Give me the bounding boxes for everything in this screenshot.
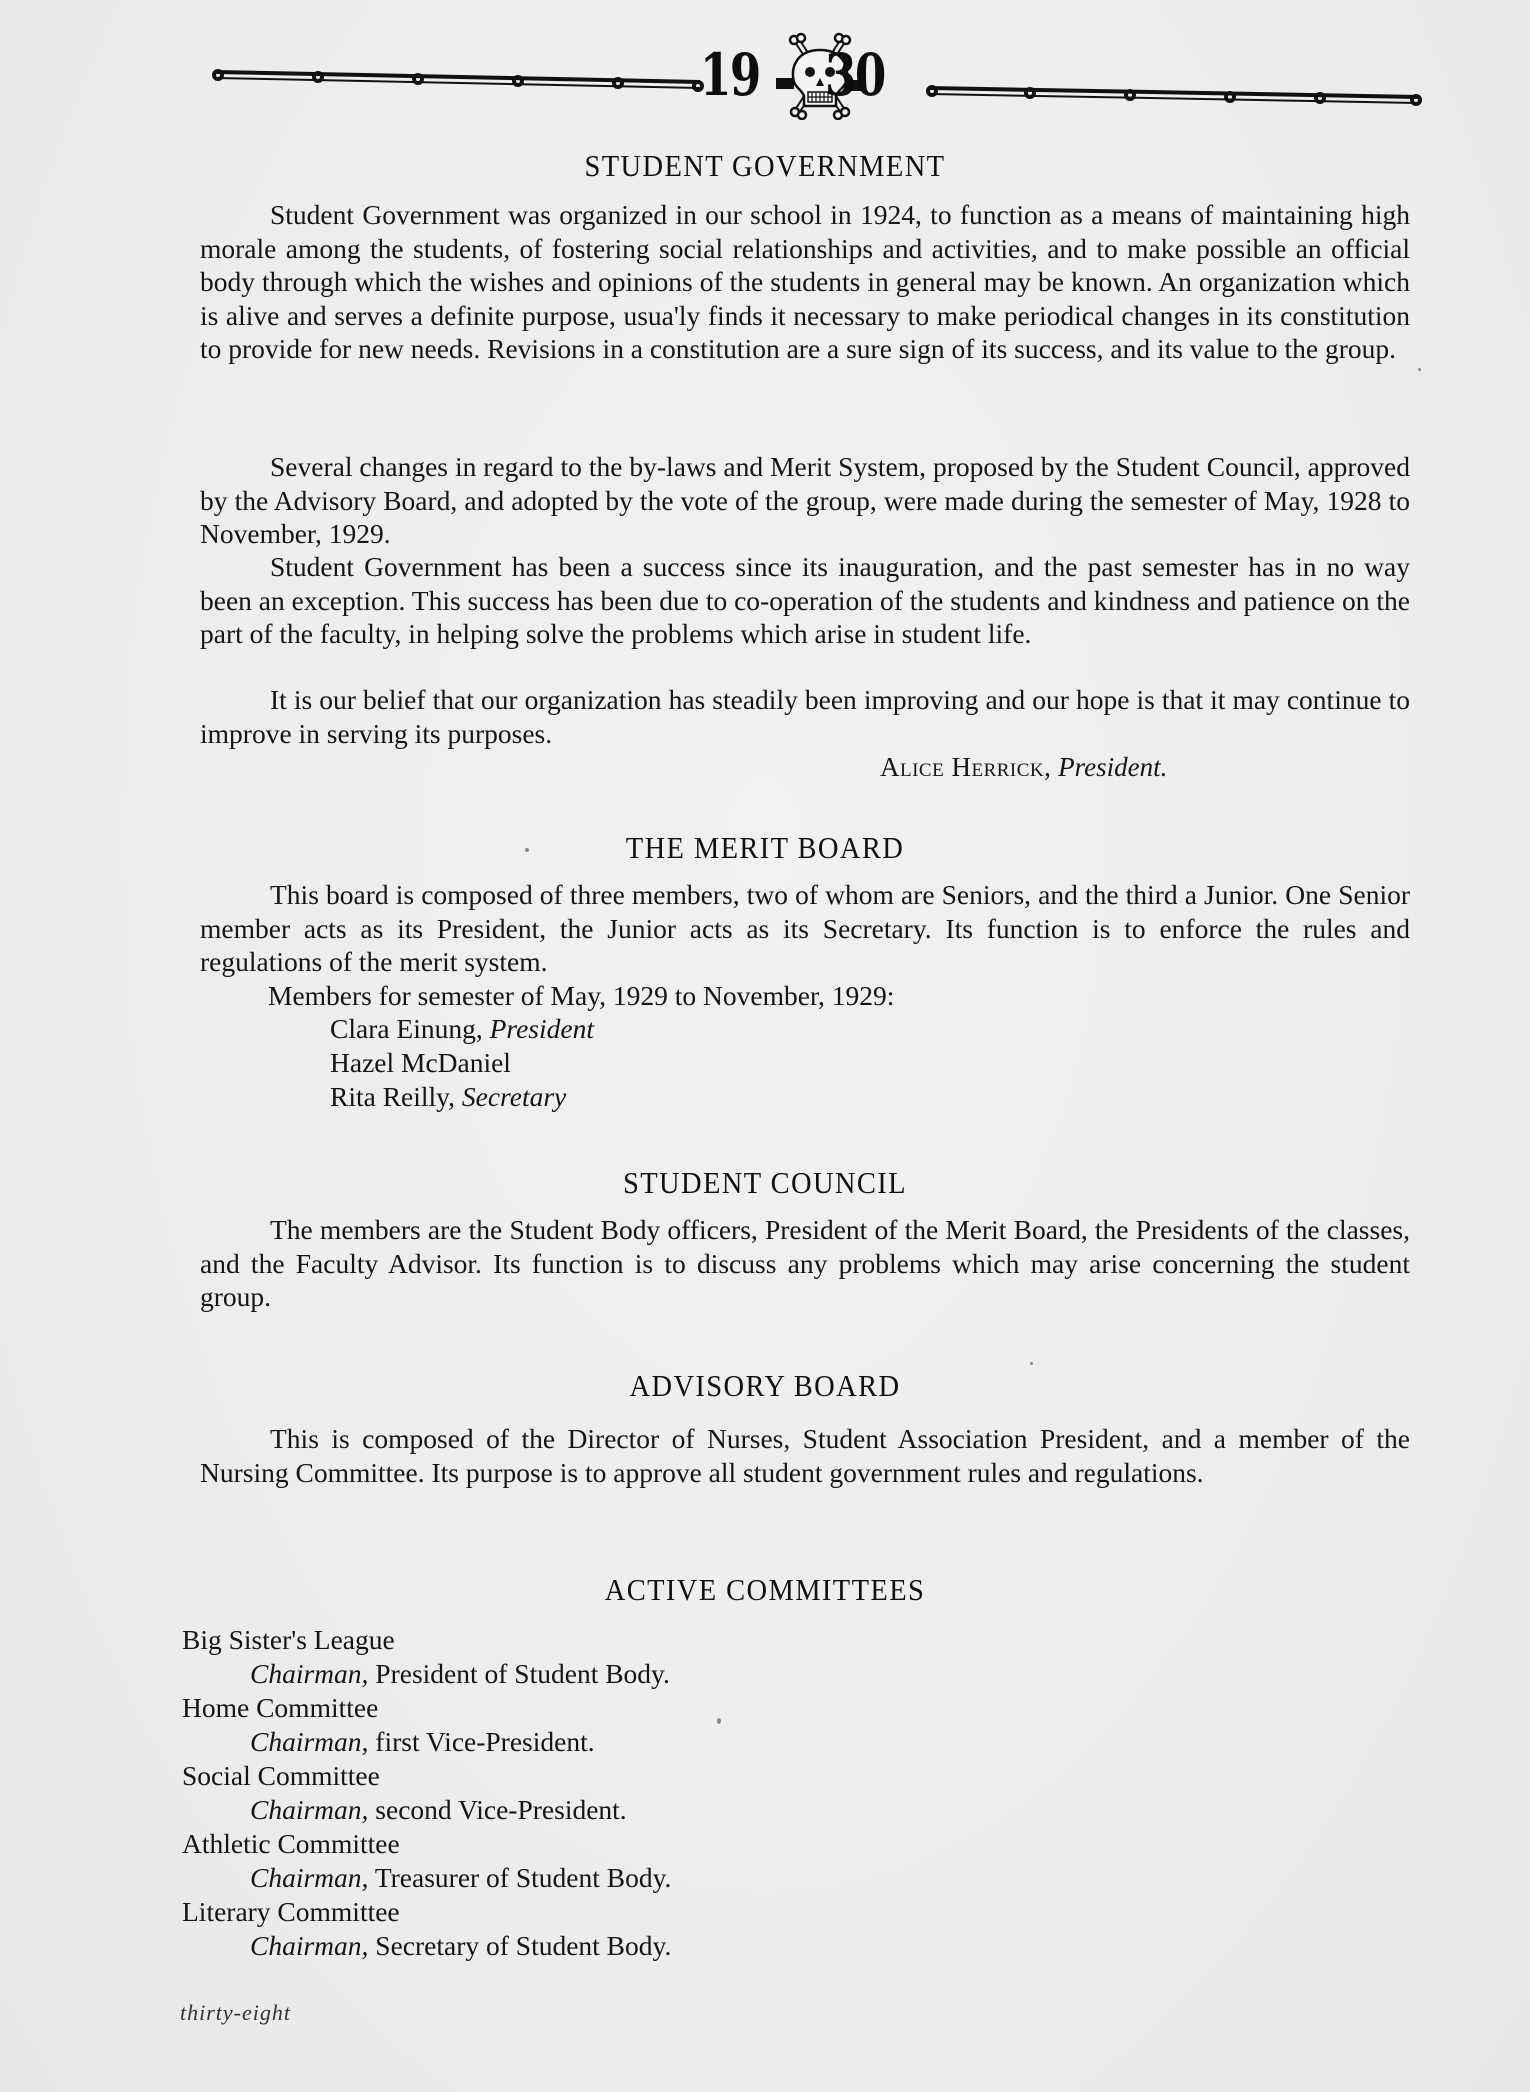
student-government-paragraph-4: It is our belief that our organization h… <box>200 683 1410 750</box>
committee-name: Athletic Committee <box>182 1828 400 1860</box>
merit-board-member: Hazel McDaniel <box>330 1047 511 1079</box>
year-left: 19 <box>700 46 760 104</box>
advisory-board-paragraph: This is composed of the Director of Nurs… <box>200 1422 1410 1489</box>
year-right: 30 <box>825 46 885 104</box>
committee-chair: Chairman, first Vice-President. <box>250 1726 595 1758</box>
heading-merit-board: THE MERIT BOARD <box>61 830 1469 866</box>
committee-chair: Chairman, Secretary of Student Body. <box>250 1930 671 1962</box>
merit-board-members-intro: Members for semester of May, 1929 to Nov… <box>268 980 894 1012</box>
merit-board-member: Clara Einung, President <box>330 1013 594 1045</box>
scan-speck <box>1030 1362 1033 1365</box>
signature-title: President. <box>1058 752 1167 782</box>
heading-student-council: STUDENT COUNCIL <box>61 1165 1469 1201</box>
student-government-paragraph-1: Student Government was organized in our … <box>200 198 1410 366</box>
student-council-paragraph: The members are the Student Body officer… <box>200 1213 1410 1314</box>
header-ornament: 19 30 <box>210 30 1430 120</box>
committee-name: Social Committee <box>182 1760 380 1792</box>
merit-board-member: Rita Reilly, Secretary <box>330 1081 566 1113</box>
committee-chair: Chairman, second Vice-President. <box>250 1794 627 1826</box>
committee-name: Literary Committee <box>182 1896 400 1928</box>
committee-name: Big Sister's League <box>182 1624 395 1656</box>
heading-student-government: STUDENT GOVERNMENT <box>61 148 1469 184</box>
committee-chair: Chairman, Treasurer of Student Body. <box>250 1862 671 1894</box>
page-number: thirty-eight <box>180 2000 291 2026</box>
bone-chain-rule-icon <box>210 30 1430 120</box>
scan-speck <box>717 1718 721 1724</box>
student-government-paragraph-3: Student Government has been a success si… <box>200 550 1410 651</box>
yearbook-page: 19 30 STUDENT GOVERNMENT Student Governm… <box>0 0 1530 2092</box>
merit-board-paragraph: This board is composed of three members,… <box>200 878 1410 979</box>
committee-name: Home Committee <box>182 1692 378 1724</box>
scan-speck <box>525 848 529 852</box>
scan-speck <box>1418 368 1421 371</box>
heading-active-committees: ACTIVE COMMITTEES <box>61 1572 1469 1608</box>
student-government-paragraph-2: Several changes in regard to the by-laws… <box>200 450 1410 551</box>
heading-advisory-board: ADVISORY BOARD <box>61 1368 1469 1404</box>
signature: Alice Herrick, President. <box>880 752 1167 783</box>
signature-name: Alice Herrick, <box>880 752 1051 782</box>
committee-chair: Chairman, President of Student Body. <box>250 1658 670 1690</box>
